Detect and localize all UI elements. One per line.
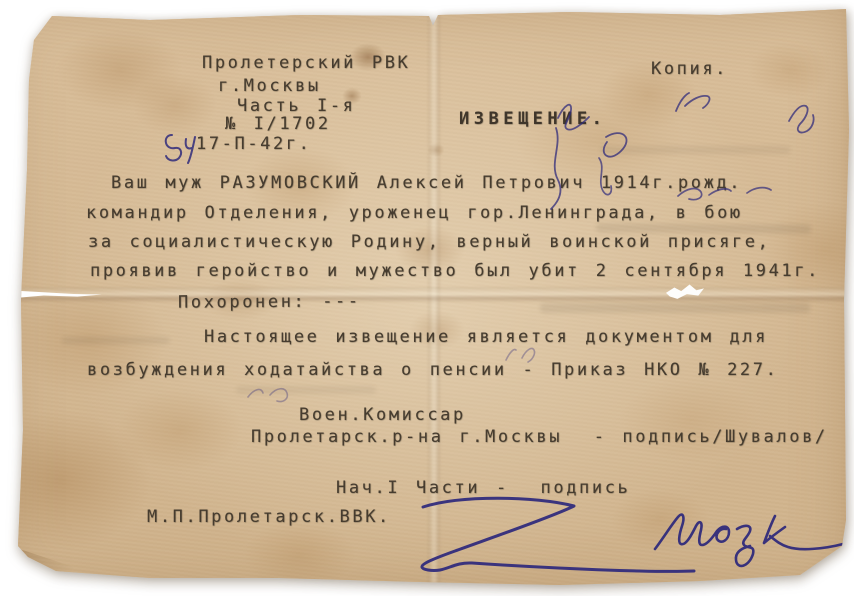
document-title: ИЗВЕЩЕНИЕ. [459,111,606,128]
scanned-document-view: Пролетерский РВК г.Москвы Часть I-я № I/… [0,0,854,596]
commissar-signature-line: Пролетарск.р-на г.Москвы - подпись/Шувал… [251,429,828,446]
body-line-3: за социалистическую Родину, верный воинс… [88,234,770,251]
ink-bleed-smudge [62,337,170,344]
unit-line: Часть I-я [237,98,356,115]
document-number-line: № I/1702 [225,116,331,133]
ink-bleed-smudge [540,303,810,313]
issuer-city-line: г.Москвы [218,78,321,95]
margin-mark-handwriting [166,135,195,163]
body-line-4: проявив геройство и мужество был убит 2 … [90,263,820,280]
signature-word-handwriting [655,515,843,566]
horizontal-fold-crease [0,287,854,303]
paper-shadow: Пролетерский РВК г.Москвы Часть I-я № I/… [0,0,854,596]
document-date-line: 17-П-42г. [196,136,312,153]
seal-place-line: М.П.Пролетарск.ВВК. [147,509,391,526]
notice-paper: Пролетерский РВК г.Москвы Часть I-я № I/… [0,0,854,596]
body-line-1: Ваш муж РАЗУМОВСКИЙ Алексей Петрович 191… [111,175,742,192]
signature-flourish [422,498,694,571]
commissar-title-line: Воен.Комиссар [299,407,466,424]
ink-bleed-smudge [600,146,790,154]
chief-signature-line: Нач.I Части - подпись [336,480,630,497]
notice-line-1: Настоящее извещение является документом … [204,329,768,346]
bottom-left-corner-fold [18,538,113,580]
copy-label: Копия. [651,61,728,78]
notice-line-2: возбуждения ходатайства о пенсии - Прика… [87,362,778,379]
body-line-2: командир Отделения, уроженец гор.Ленингр… [86,205,743,222]
ink-bleed-smudge [236,386,376,394]
burial-line: Похоронен: --- [178,293,361,311]
issuer-line: Пролетерский РВК [202,55,410,72]
